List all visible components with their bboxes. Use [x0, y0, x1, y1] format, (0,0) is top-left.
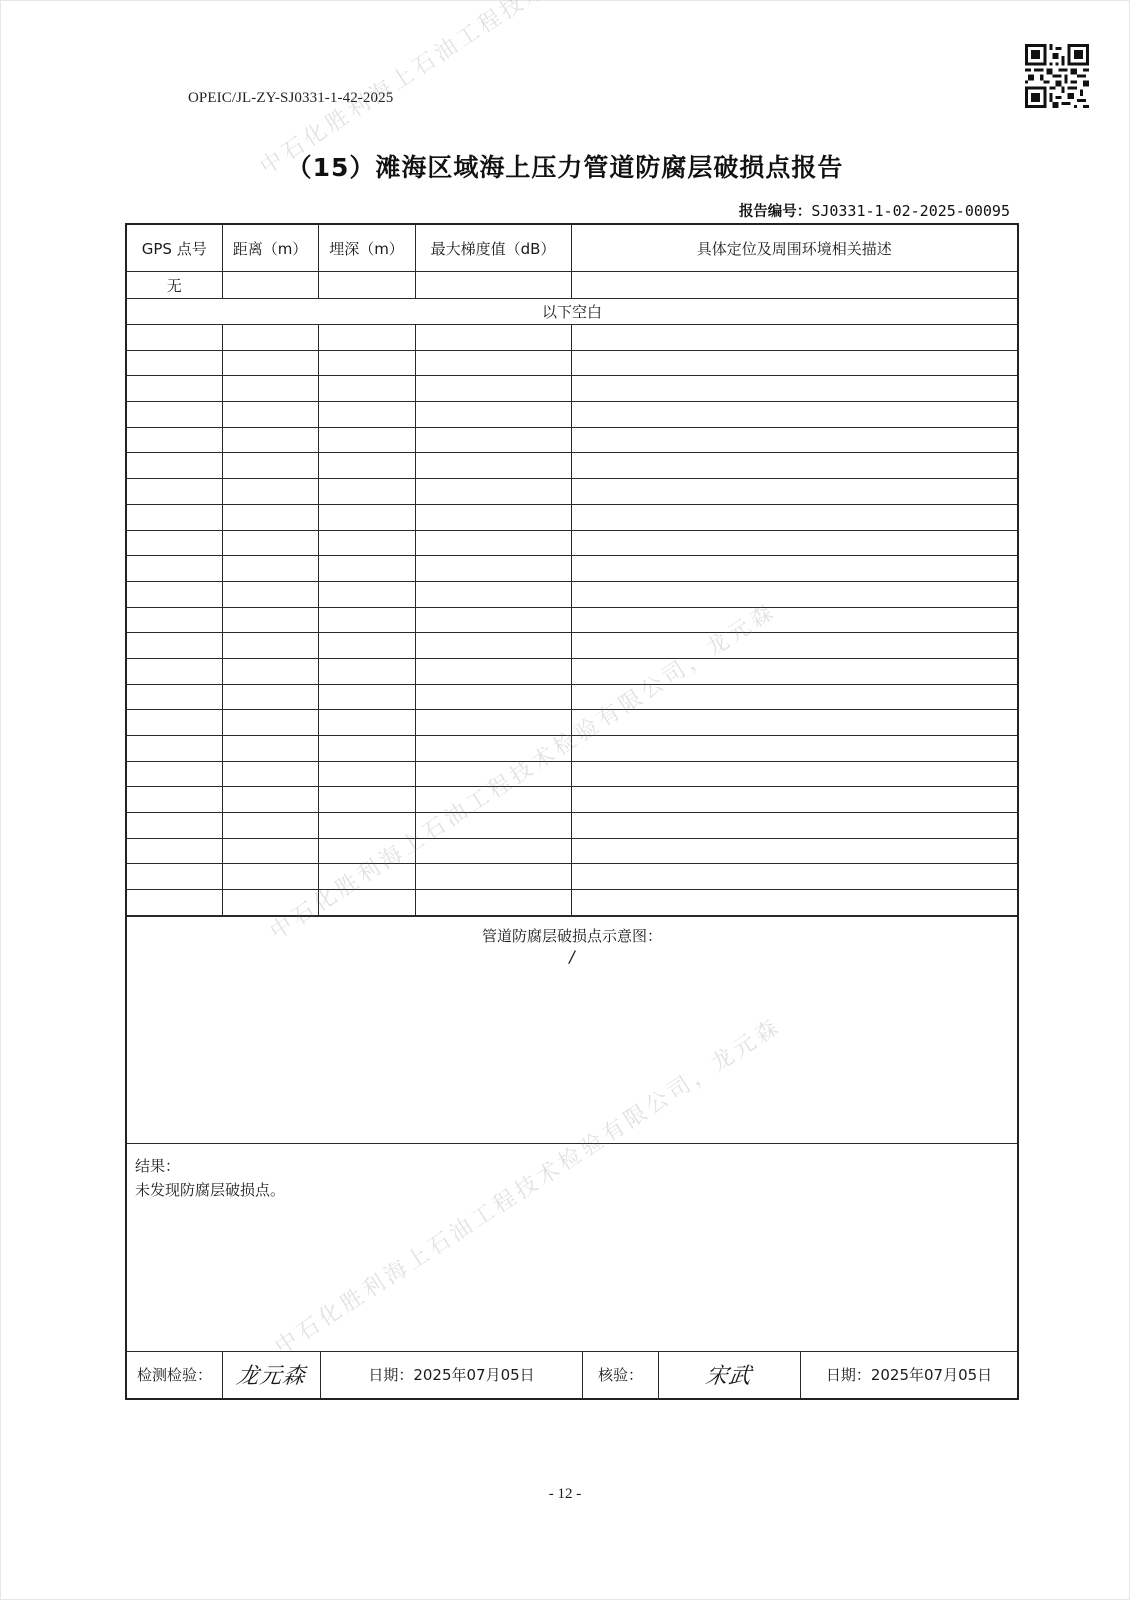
empty-table-row	[127, 658, 1017, 684]
column-header-gps: GPS 点号	[127, 225, 222, 272]
empty-cell	[415, 453, 571, 479]
empty-cell	[318, 787, 415, 813]
empty-cell	[415, 581, 571, 607]
empty-cell	[222, 658, 318, 684]
empty-cell	[222, 325, 318, 351]
empty-cell	[127, 658, 222, 684]
empty-cell	[571, 376, 1017, 402]
empty-cell	[127, 402, 222, 428]
empty-table-row	[127, 530, 1017, 556]
empty-cell	[127, 581, 222, 607]
empty-table-row	[127, 684, 1017, 710]
empty-cell	[571, 325, 1017, 351]
blank-note-row: 以下空白	[127, 299, 1017, 325]
empty-cell	[571, 813, 1017, 839]
empty-cell	[571, 633, 1017, 659]
empty-cell	[222, 736, 318, 762]
empty-table-row	[127, 325, 1017, 351]
empty-cell	[415, 427, 571, 453]
empty-cell	[571, 787, 1017, 813]
empty-cell	[415, 684, 571, 710]
empty-cell	[318, 684, 415, 710]
blank-note: 以下空白	[127, 299, 1017, 325]
inspector-date: 日期：2025年07月05日	[321, 1352, 583, 1398]
empty-cell	[415, 633, 571, 659]
signoff-row: 检测检验： 龙元森 日期：2025年07月05日 核验： 宋武 日期：2025年…	[127, 1351, 1017, 1398]
column-header-distance: 距离（m）	[222, 225, 318, 272]
empty-cell	[415, 530, 571, 556]
empty-cell	[318, 376, 415, 402]
empty-cell	[222, 787, 318, 813]
empty-cell	[415, 761, 571, 787]
empty-cell	[415, 890, 571, 916]
empty-table-row	[127, 607, 1017, 633]
document-code: OPEIC/JL-ZY-SJ0331-1-42-2025	[188, 90, 393, 107]
cell-gps: 无	[127, 272, 222, 299]
empty-cell	[222, 710, 318, 736]
reviewer-label: 核验：	[583, 1352, 659, 1398]
empty-cell	[571, 402, 1017, 428]
empty-cell	[222, 402, 318, 428]
cell-distance	[222, 272, 318, 299]
empty-table-row	[127, 710, 1017, 736]
empty-cell	[127, 453, 222, 479]
empty-table-row	[127, 787, 1017, 813]
empty-cell	[571, 607, 1017, 633]
sketch-content: /	[127, 947, 1017, 966]
empty-cell	[415, 838, 571, 864]
empty-cell	[318, 633, 415, 659]
empty-cell	[318, 736, 415, 762]
result-label: 结果：	[135, 1154, 1017, 1178]
empty-cell	[127, 813, 222, 839]
report-sheet: GPS 点号 距离（m） 埋深（m） 最大梯度值（dB） 具体定位及周围环境相关…	[125, 223, 1019, 1400]
empty-cell	[222, 864, 318, 890]
empty-cell	[571, 556, 1017, 582]
report-number-value: SJ0331-1-02-2025-00095	[811, 202, 1010, 220]
empty-cell	[415, 504, 571, 530]
empty-cell	[222, 504, 318, 530]
empty-table-row	[127, 479, 1017, 505]
inspector-signature: 龙元森	[235, 1359, 308, 1390]
empty-cell	[571, 658, 1017, 684]
empty-cell	[571, 581, 1017, 607]
empty-cell	[127, 530, 222, 556]
empty-cell	[127, 479, 222, 505]
empty-cell	[127, 736, 222, 762]
empty-cell	[318, 864, 415, 890]
empty-cell	[415, 350, 571, 376]
report-number-label: 报告编号：	[739, 204, 812, 220]
reviewer-date: 日期：2025年07月05日	[801, 1352, 1017, 1398]
empty-cell	[415, 813, 571, 839]
empty-cell	[415, 376, 571, 402]
empty-cell	[222, 376, 318, 402]
empty-cell	[127, 890, 222, 916]
empty-cell	[127, 607, 222, 633]
empty-table-row	[127, 581, 1017, 607]
empty-cell	[571, 838, 1017, 864]
empty-cell	[318, 325, 415, 351]
empty-cell	[318, 402, 415, 428]
page-title: （15）滩海区域海上压力管道防腐层破损点报告	[0, 148, 1130, 184]
empty-cell	[571, 736, 1017, 762]
result-section: 结果： 未发现防腐层破损点。	[127, 1143, 1017, 1351]
qr-code-icon	[1025, 44, 1089, 108]
empty-cell	[318, 607, 415, 633]
empty-cell	[415, 658, 571, 684]
empty-cell	[127, 350, 222, 376]
empty-table-row	[127, 838, 1017, 864]
empty-cell	[222, 427, 318, 453]
empty-cell	[571, 890, 1017, 916]
empty-table-row	[127, 350, 1017, 376]
empty-table-row	[127, 504, 1017, 530]
empty-cell	[222, 890, 318, 916]
cell-depth	[318, 272, 415, 299]
empty-table-row	[127, 633, 1017, 659]
empty-cell	[127, 376, 222, 402]
empty-table-row	[127, 453, 1017, 479]
empty-cell	[571, 350, 1017, 376]
empty-table-row	[127, 556, 1017, 582]
empty-cell	[318, 350, 415, 376]
empty-cell	[415, 787, 571, 813]
empty-cell	[571, 761, 1017, 787]
empty-cell	[127, 761, 222, 787]
empty-cell	[571, 504, 1017, 530]
empty-cell	[571, 530, 1017, 556]
empty-cell	[222, 761, 318, 787]
sketch-area: 管道防腐层破损点示意图： /	[127, 916, 1017, 1143]
empty-table-row	[127, 376, 1017, 402]
empty-table-row	[127, 402, 1017, 428]
empty-cell	[415, 710, 571, 736]
empty-table-row	[127, 761, 1017, 787]
empty-cell	[318, 453, 415, 479]
empty-cell	[571, 864, 1017, 890]
empty-cell	[571, 453, 1017, 479]
empty-cell	[318, 581, 415, 607]
empty-cell	[318, 813, 415, 839]
empty-cell	[571, 684, 1017, 710]
empty-table-row	[127, 864, 1017, 890]
empty-cell	[127, 427, 222, 453]
empty-cell	[415, 736, 571, 762]
result-text: 未发现防腐层破损点。	[135, 1178, 1017, 1202]
column-header-max-gradient: 最大梯度值（dB）	[415, 225, 571, 272]
empty-cell	[318, 761, 415, 787]
empty-cell	[222, 479, 318, 505]
cell-description	[571, 272, 1017, 299]
sketch-caption: 管道防腐层破损点示意图：	[127, 925, 1017, 946]
table-row: 无	[127, 272, 1017, 299]
empty-cell	[318, 658, 415, 684]
table-header-row: GPS 点号 距离（m） 埋深（m） 最大梯度值（dB） 具体定位及周围环境相关…	[127, 225, 1017, 272]
empty-cell	[127, 325, 222, 351]
cell-max-gradient	[415, 272, 571, 299]
empty-cell	[415, 864, 571, 890]
empty-table-row	[127, 813, 1017, 839]
defect-table: GPS 点号 距离（m） 埋深（m） 最大梯度值（dB） 具体定位及周围环境相关…	[127, 225, 1017, 916]
empty-table-row	[127, 427, 1017, 453]
empty-cell	[318, 504, 415, 530]
page-number: - 12 -	[0, 1486, 1130, 1503]
empty-cell	[318, 427, 415, 453]
report-number: 报告编号：SJ0331-1-02-2025-00095	[739, 200, 1010, 221]
reviewer-signature: 宋武	[704, 1359, 754, 1390]
empty-cell	[222, 813, 318, 839]
empty-cell	[127, 864, 222, 890]
empty-cell	[318, 479, 415, 505]
empty-cell	[222, 684, 318, 710]
empty-cell	[127, 633, 222, 659]
empty-cell	[571, 710, 1017, 736]
empty-cell	[571, 479, 1017, 505]
empty-cell	[127, 504, 222, 530]
empty-cell	[222, 350, 318, 376]
empty-cell	[415, 479, 571, 505]
empty-cell	[415, 556, 571, 582]
empty-cell	[222, 556, 318, 582]
empty-cell	[415, 325, 571, 351]
empty-cell	[571, 427, 1017, 453]
empty-cell	[222, 633, 318, 659]
inspector-label: 检测检验：	[127, 1352, 223, 1398]
empty-cell	[127, 710, 222, 736]
empty-cell	[318, 890, 415, 916]
empty-cell	[127, 838, 222, 864]
empty-cell	[222, 581, 318, 607]
empty-table-row	[127, 736, 1017, 762]
column-header-depth: 埋深（m）	[318, 225, 415, 272]
empty-cell	[127, 684, 222, 710]
empty-cell	[222, 530, 318, 556]
empty-cell	[318, 530, 415, 556]
empty-cell	[318, 710, 415, 736]
empty-cell	[318, 556, 415, 582]
empty-cell	[127, 556, 222, 582]
column-header-description: 具体定位及周围环境相关描述	[571, 225, 1017, 272]
empty-cell	[415, 607, 571, 633]
empty-cell	[222, 607, 318, 633]
empty-cell	[415, 402, 571, 428]
empty-cell	[222, 838, 318, 864]
empty-table-row	[127, 890, 1017, 916]
empty-cell	[127, 787, 222, 813]
empty-cell	[222, 453, 318, 479]
empty-cell	[318, 838, 415, 864]
